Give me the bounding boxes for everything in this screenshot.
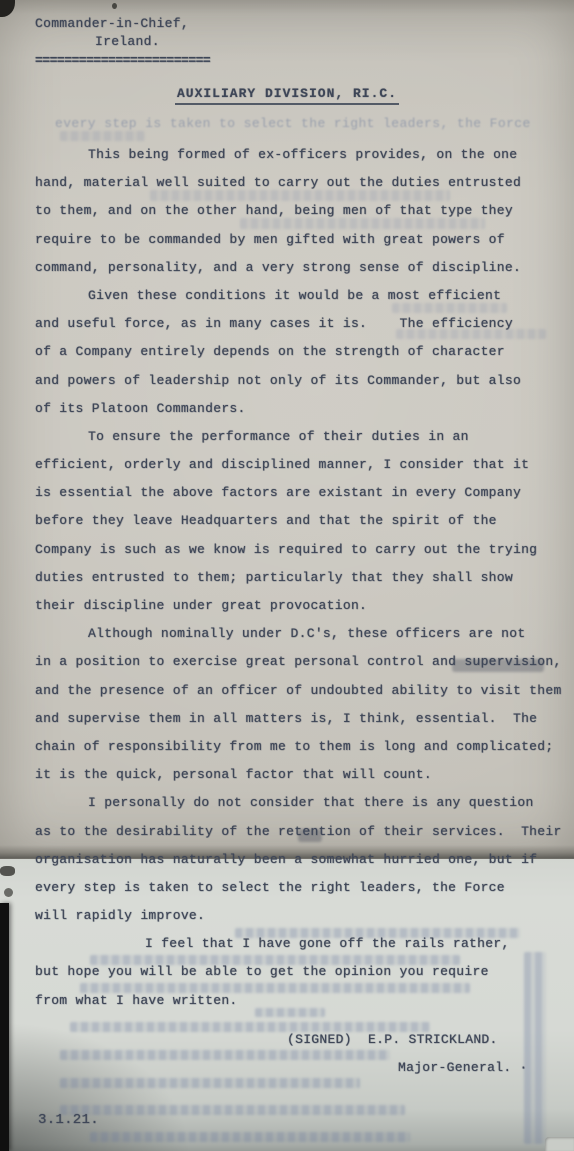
typed-line: it is the quick, personal factor that wi…: [35, 761, 567, 789]
typed-line: To ensure the performance of their dutie…: [35, 423, 567, 451]
sender-line-2: Ireland.: [35, 33, 210, 51]
typed-line: duties entrusted to them; particularly t…: [35, 564, 567, 592]
typed-line: of a Company entirely depends on the str…: [35, 338, 567, 366]
typed-rule: ========================: [35, 52, 210, 70]
bleed-through-artifact: [60, 1078, 360, 1088]
typed-line: This being formed of ex-officers provide…: [35, 141, 567, 169]
typed-line: Company is such as we know is required t…: [35, 536, 567, 564]
corner-tab: [545, 1137, 574, 1151]
typed-line: but hope you will be able to get the opi…: [35, 958, 567, 986]
scanned-letter-page: Commander-in-Chief, Ireland. ===========…: [0, 0, 574, 1151]
typed-line: of its Platoon Commanders.: [35, 395, 567, 423]
sender-line-1: Commander-in-Chief,: [35, 15, 210, 33]
bleed-through-text: every step is taken to select the right …: [55, 116, 531, 131]
sender-address: Commander-in-Chief, Ireland. ===========…: [35, 15, 210, 70]
typed-line: and supervise them in all matters is, I …: [35, 705, 567, 733]
typed-line: and useful force, as in many cases it is…: [35, 310, 567, 338]
bleed-through-artifact: [60, 1105, 405, 1115]
bleed-through-artifact: [60, 131, 145, 141]
typed-line: I feel that I have gone off the rails ra…: [35, 930, 567, 958]
typed-line: Although nominally under D.C's, these of…: [35, 620, 567, 648]
typed-line: is essential the above factors are exist…: [35, 479, 567, 507]
typed-line: as to the desirability of the retention …: [35, 818, 567, 846]
typed-line: their discipline under great provocation…: [35, 592, 567, 620]
bleed-through-artifact: [70, 1022, 430, 1032]
typed-line: hand, material well suited to carry out …: [35, 169, 567, 197]
typed-line: in a position to exercise great personal…: [35, 648, 567, 676]
typed-line: chain of responsibility from me to them …: [35, 733, 567, 761]
bleed-through-artifact: [60, 1050, 390, 1060]
paper-blemish: [0, 866, 15, 876]
typed-line: require to be commanded by men gifted wi…: [35, 226, 567, 254]
typed-line: to them, and on the other hand, being me…: [35, 197, 567, 225]
document-title-row: AUXILIARY DIVISION, RI.C.: [0, 84, 574, 105]
typed-line: every step is taken to select the right …: [35, 874, 567, 902]
document-title: AUXILIARY DIVISION, RI.C.: [175, 86, 399, 105]
typed-line: will rapidly improve.: [35, 902, 567, 930]
signature-rank: Major-General. ·: [398, 1060, 528, 1075]
typed-line: efficient, orderly and disciplined manne…: [35, 451, 567, 479]
letter-body: This being formed of ex-officers provide…: [35, 141, 567, 1015]
paper-speck: [112, 3, 117, 9]
typed-line: from what I have written.: [35, 987, 567, 1015]
signature-line: (SIGNED) E.P. STRICKLAND.: [287, 1032, 498, 1047]
bleed-through-artifact: [90, 1132, 410, 1142]
scan-edge-strip: [0, 903, 9, 1151]
paper-blemish: [4, 888, 13, 897]
typed-line: Given these conditions it would be a mos…: [35, 282, 567, 310]
typed-line: before they leave Headquarters and that …: [35, 507, 567, 535]
typed-line: command, personality, and a very strong …: [35, 254, 567, 282]
typed-line: and powers of leadership not only of its…: [35, 367, 567, 395]
date-notation: 3.1.21.: [38, 1112, 99, 1128]
typed-line: organisation has naturally been a somewh…: [35, 846, 567, 874]
typed-line: I personally do not consider that there …: [35, 789, 567, 817]
typed-line: and the presence of an officer of undoub…: [35, 677, 567, 705]
